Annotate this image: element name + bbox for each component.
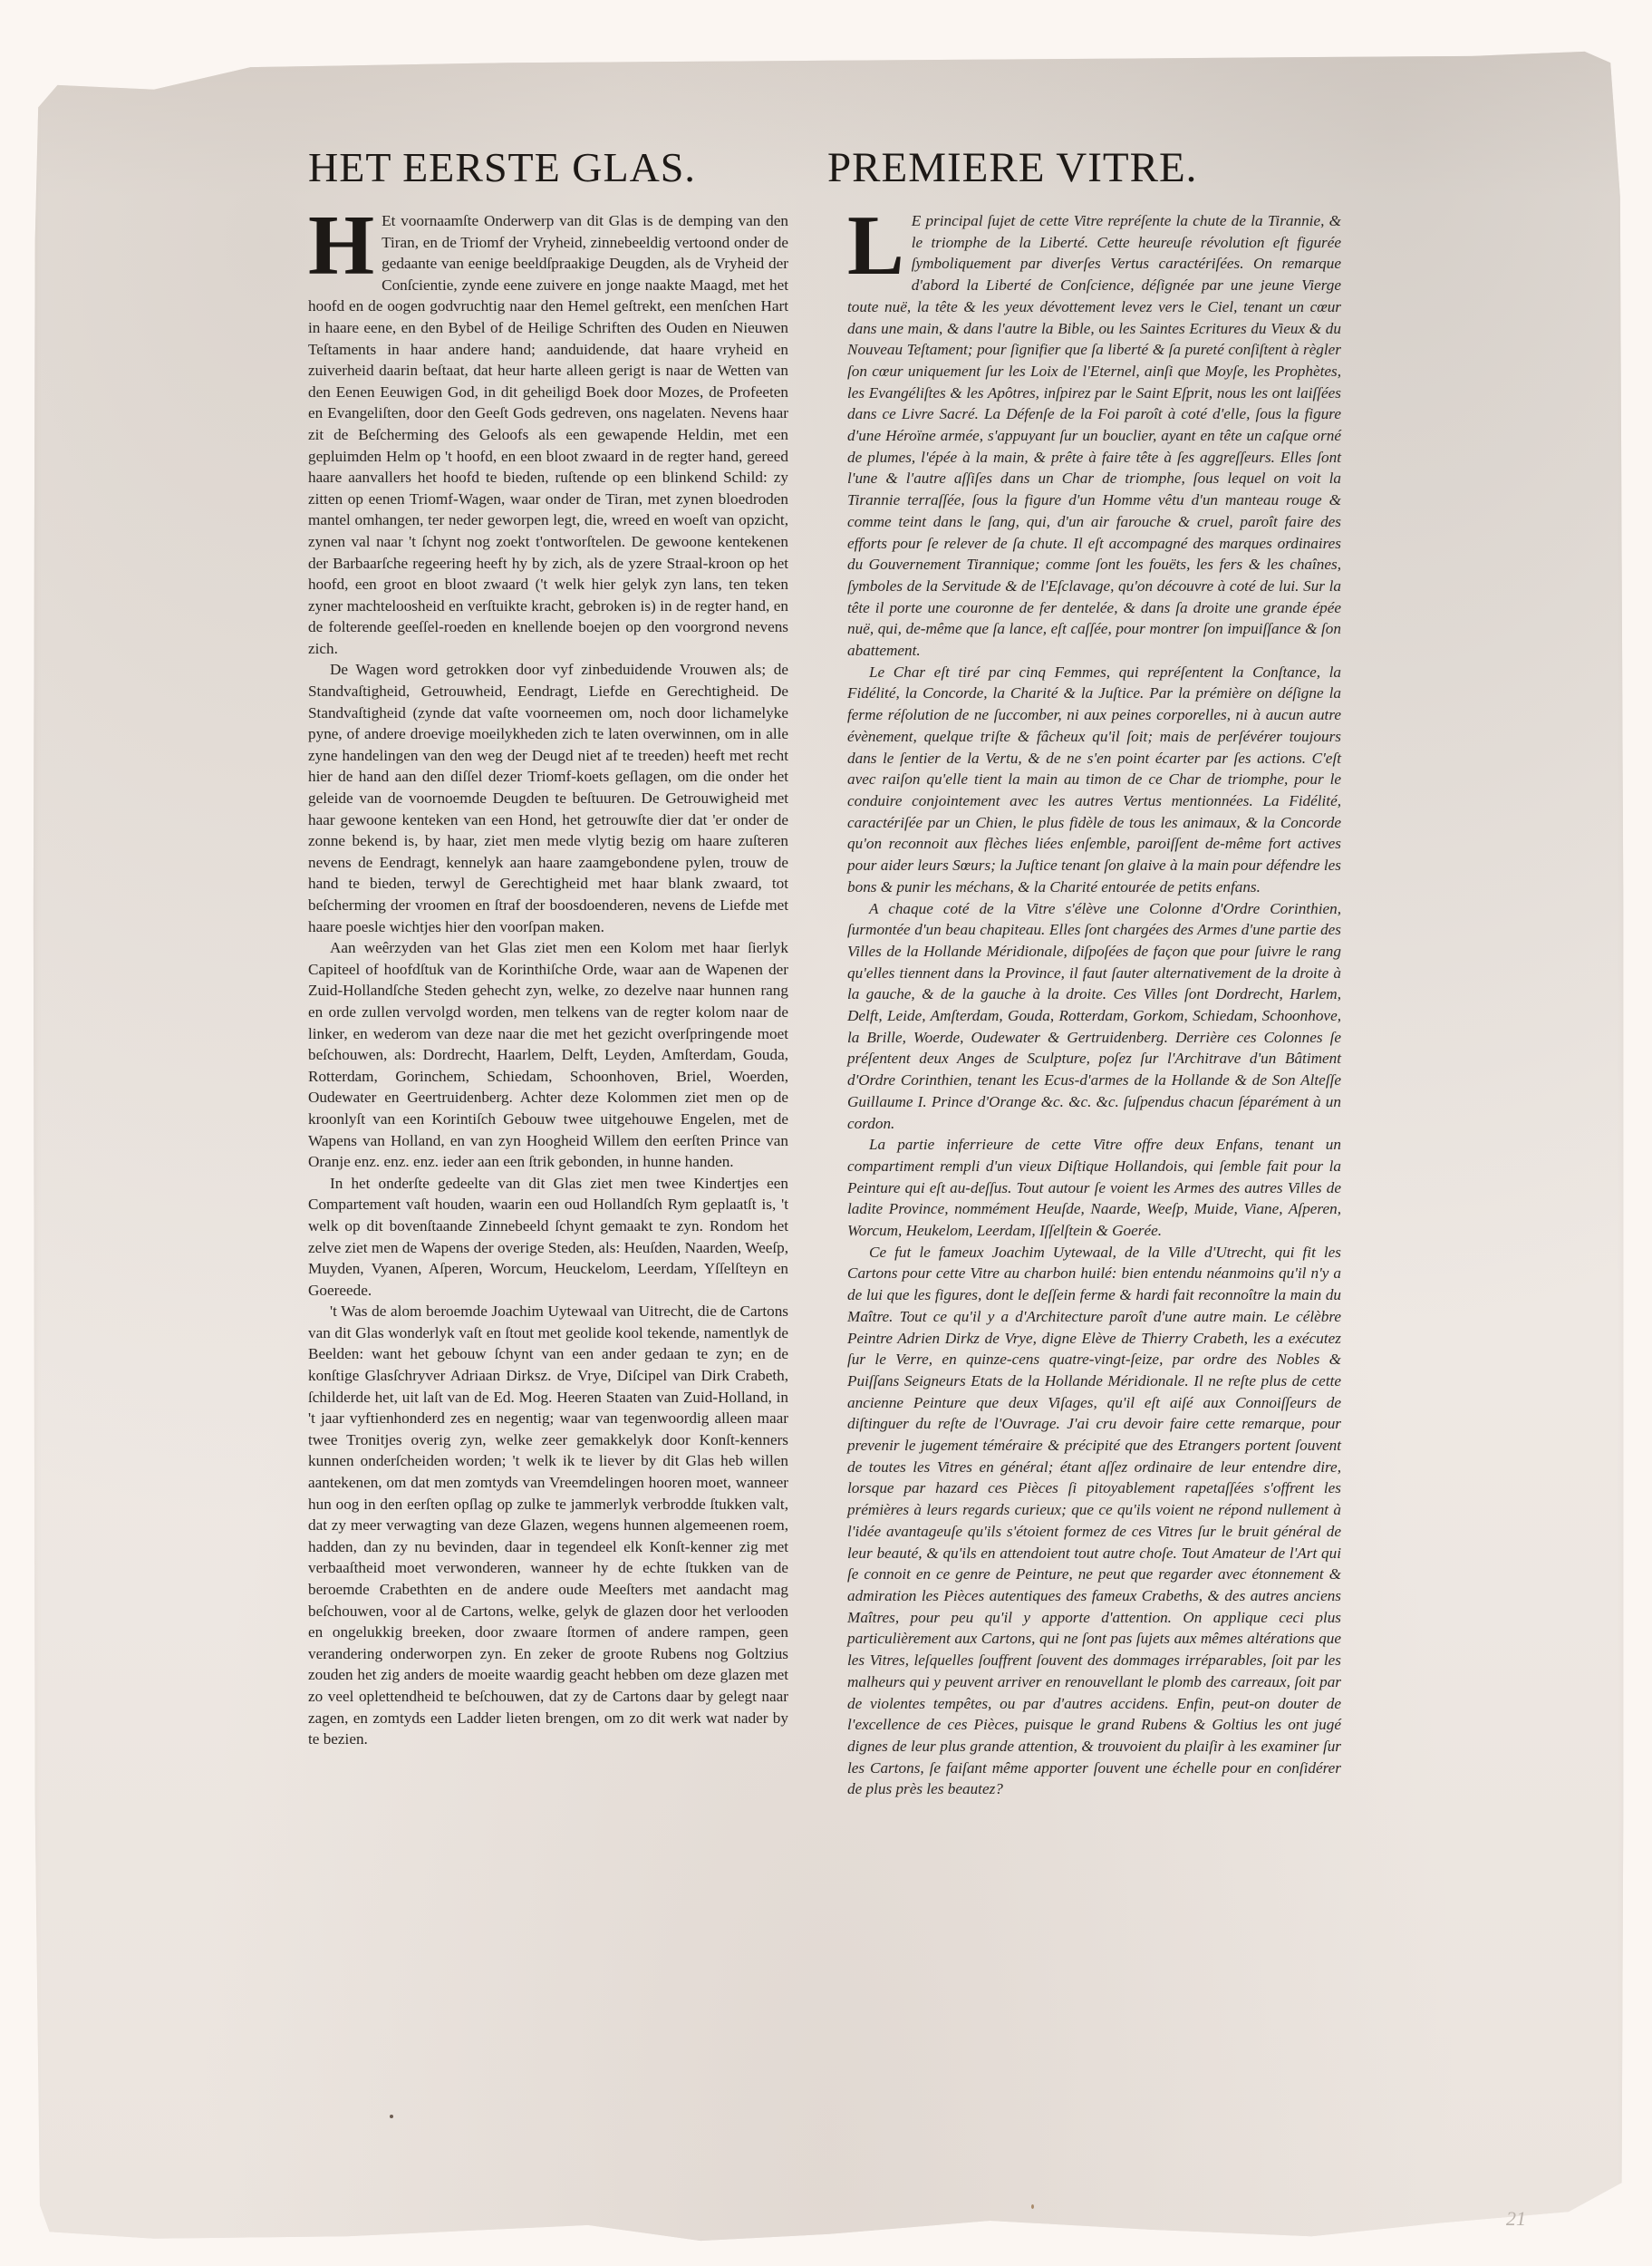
french-body: LE principal ſujet de cette Vitre repréſ…	[847, 210, 1341, 1800]
french-paragraph-1: LE principal ſujet de cette Vitre repréſ…	[847, 210, 1341, 662]
french-paragraph-3: A chaque coté de la Vitre s'élève une Co…	[847, 898, 1341, 1135]
dutch-dropcap: H	[308, 214, 374, 277]
french-paragraph-2: Le Char eſt tiré par cinq Femmes, qui re…	[847, 662, 1341, 898]
paragraph-text: Et voornaamſte Onderwerp van dit Glas is…	[308, 212, 788, 657]
paper-speck	[1031, 2204, 1034, 2209]
french-dropcap: L	[847, 214, 904, 277]
dutch-title: HET EERSTE GLAS.	[308, 143, 696, 191]
dutch-body: HEt voornaamſte Onderwerp van dit Glas i…	[308, 210, 788, 1750]
french-paragraph-4: La partie inferrieure de cette Vitre off…	[847, 1134, 1341, 1242]
dutch-paragraph-1: HEt voornaamſte Onderwerp van dit Glas i…	[308, 210, 788, 659]
page-number: 21	[1506, 2207, 1526, 2231]
paper-sheet	[25, 18, 1633, 2250]
dutch-paragraph-3: Aan weêrzyden van het Glas ziet men een …	[308, 937, 788, 1173]
paper-speck	[390, 2115, 393, 2118]
dutch-paragraph-4: In het onderſte gedeelte van dit Glas zi…	[308, 1173, 788, 1302]
paragraph-text: E principal ſujet de cette Vitre repréſe…	[847, 212, 1341, 659]
dutch-paragraph-5: 't Was de alom beroemde Joachim Uytewaal…	[308, 1301, 788, 1749]
dutch-paragraph-2: De Wagen word getrokken door vyf zinbedu…	[308, 659, 788, 937]
french-paragraph-5: Ce fut le fameux Joachim Uytewaal, de la…	[847, 1242, 1341, 1800]
french-title: PREMIERE VITRE.	[827, 143, 1197, 192]
